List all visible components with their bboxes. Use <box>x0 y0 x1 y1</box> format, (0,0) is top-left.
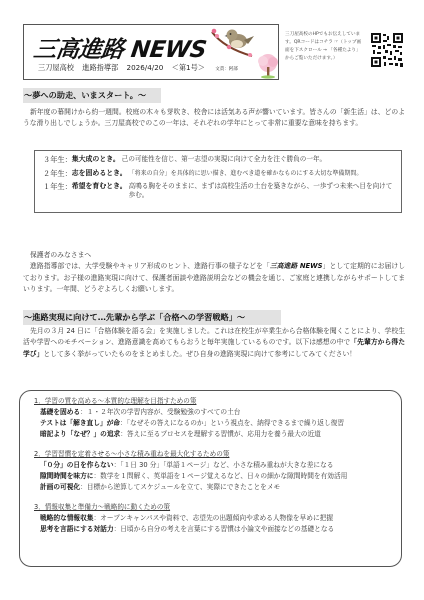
parents-message: 保護者のみなさまへ 進路指導部では、大学受験やキャリア形成のヒント、進路行事の様… <box>23 250 405 295</box>
sakura-tree-icon <box>256 53 280 79</box>
strategy-section-1: 1．学習の質を高める～本質的な理解を目指すための策 基礎を固める：１・２年次の学… <box>34 396 387 440</box>
grade-goals-box: ３年生： 集大成のとき。 己の可能性を信じ、第一志望の実現に向けて全力を注ぐ勝負… <box>34 150 402 213</box>
bird-on-plum-branch-icon <box>208 26 256 60</box>
strategy-item: 基礎を固める：１・２年次の学習内容が、受験勉強のすべての土台 <box>34 407 387 418</box>
strategy-section-2: 2．学習習慣を定着させる～小さな積み重ねを最大化するための策 「０分」の日を作ら… <box>34 449 387 493</box>
section-heading-study-strategy: ～進路実現に向けて…先輩から学ぶ「合格への学習戦略」～ <box>23 310 281 325</box>
strategy-title: 2．学習習慣を定着させる～小さな積み重ねを最大化するための策 <box>34 449 387 459</box>
strategy-item: 計画の可視化：目標から逆算してスケジュールを立て、実際にできたことをメモ <box>34 482 387 493</box>
issue-date: 2026/4/20 <box>127 63 164 72</box>
newsletter-title: 三高進路 NEWS <box>32 31 209 64</box>
issue-number: ＜第1号＞ <box>172 63 205 72</box>
strategy-title: 1．学習の質を高める～本質的な理解を目指すための策 <box>34 396 387 406</box>
department-name: 進路指導部 <box>82 63 118 72</box>
inline-newsletter-logo: 三高進路 NEWS <box>270 262 323 270</box>
grade-row-3: ３年生： 集大成のとき。 己の可能性を信じ、第一志望の実現に向けて全力を注ぐ勝負… <box>43 155 393 164</box>
strategy-item: 戦略的な情報収集：オープンキャンパスや資料で、志望先の出題傾向や求める人物像を早… <box>34 513 387 524</box>
masthead: 三高進路 NEWS 三刀屋高校 進路指導部 2026/4/20 ＜第1号＞ 文責… <box>23 24 279 80</box>
parents-body: 進路指導部では、大学受験やキャリア形成のヒント、進路行事の様子などを「三高進路 … <box>23 261 405 295</box>
strategy-item: 暗記より「なぜ？」の追求：答えに至るプロセスを理解する習慣が、応用力を養う最大の… <box>34 429 387 440</box>
strategy-title: 3．情報収集と準備力～戦略的に動くための策 <box>34 502 387 512</box>
strategy-item: 「０分」の日を作らない：「１日 30 分」「単語１ページ」など、小さな積み重ねが… <box>34 460 387 471</box>
strategy-section-3: 3．情報収集と準備力～戦略的に動くための策 戦略的な情報収集：オープンキャンパス… <box>34 502 387 535</box>
intro-paragraph: 新年度の幕開けから約一週間。校庭の木々も芽吹き、校舎には活気ある声が響いています… <box>23 107 405 130</box>
parents-salutation: 保護者のみなさまへ <box>30 250 405 261</box>
strategy-item: テストは「解き直し」が命：「なぜその答えになるのか」という視点を、納得できるまで… <box>34 418 387 429</box>
school-name: 三刀屋高校 <box>38 63 74 72</box>
qr-code[interactable] <box>370 32 404 68</box>
grade-row-2: ２年生： 志を固めるとき。 「将来の自分」を具体的に思い描き、進むべき道を確かな… <box>43 169 393 178</box>
strategy-box: 1．学習の質を高める～本質的な理解を目指すための策 基礎を固める：１・２年次の学… <box>19 390 402 567</box>
strategy-item: 隙間時間を味方に：数学を１問解く、英単語を１ページ覚えるなど、日々の細かな隙間時… <box>34 471 387 482</box>
grade-row-1: １年生： 希望を育むとき。 高鳴る胸をそのままに、まずは高校生活の土台を築きなが… <box>43 182 393 200</box>
study-strategy-intro: 先月の３月 24 日に「合格体験を語る会」を実施しました。これは在校生が卒業生か… <box>23 326 405 360</box>
section-heading-spring-start: ～夢への助走、いまスタート。～ <box>23 88 161 103</box>
strategy-item: 思考を言語にする対話力：日頃から自分の考えを言葉にする習慣は小論文や面接などの基… <box>34 524 387 535</box>
author-credit: 文責：阿部 <box>215 67 238 72</box>
masthead-subline: 三刀屋高校 進路指導部 2026/4/20 ＜第1号＞ 文責：阿部 <box>38 63 244 73</box>
homepage-note: 三刀屋高校のHPでもお伝えしています。QRコードはコチラ ☞（トップ画面を下スク… <box>285 31 363 63</box>
